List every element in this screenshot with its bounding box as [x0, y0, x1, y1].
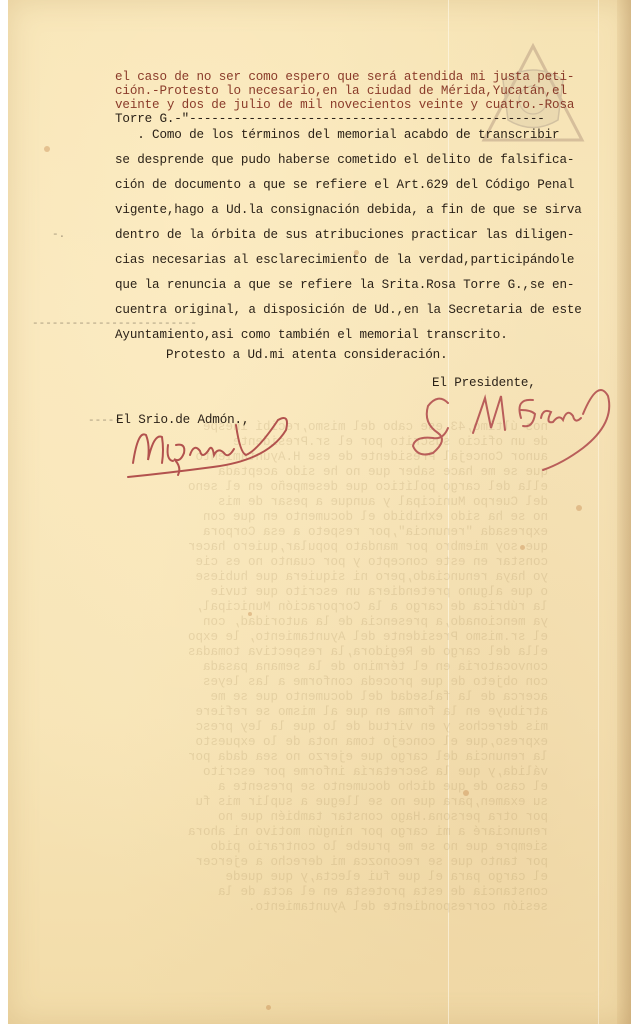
- body-line-3: ción de documento a que se refiere el Ar…: [115, 178, 574, 192]
- margin-dash-rule: -------------------------: [32, 318, 197, 330]
- body-line-1: . Como de los términos del memorial acab…: [115, 128, 559, 142]
- reverse-side-bleed-through: nos último,43 ese cabo del mismo,recibí …: [128, 420, 548, 915]
- closing-formula: Protesto a Ud.mi atenta consideración.: [166, 348, 448, 362]
- foxing-spot: [576, 505, 582, 511]
- foxing-spot: [44, 146, 50, 152]
- memorial-line-2: ción.-Protesto lo necesario,en la ciudad…: [115, 84, 567, 98]
- body-line-9: Ayuntamiento,asi como también el memoria…: [115, 328, 508, 342]
- body-line-2: se desprende que pudo haberse cometido e…: [115, 153, 574, 167]
- president-signature: [393, 368, 618, 478]
- secretary-signature: [118, 405, 298, 480]
- margin-dash: -.: [52, 229, 65, 241]
- body-line-8: cuentra original, a disposición de Ud.,e…: [115, 303, 582, 317]
- body-line-4: vigente,hago a Ud.la consignación debida…: [115, 203, 582, 217]
- consignment-paragraph: . Como de los términos del memorial acab…: [115, 128, 145, 282]
- fold-crease-right: [598, 0, 599, 1024]
- memorial-line-1: el caso de no ser como espero que será a…: [115, 70, 574, 84]
- memorial-line-3: veinte y dos de julio de mil novecientos…: [115, 98, 574, 112]
- body-line-5: dentro de la órbita de sus atribuciones …: [115, 228, 574, 242]
- document-page: nos último,43 ese cabo del mismo,recibí …: [8, 0, 631, 1024]
- foxing-spot: [266, 1005, 271, 1010]
- page-edge-shadow: [617, 0, 631, 1024]
- body-line-7: que la renuncia a que se refiere la Srit…: [115, 278, 574, 292]
- memorial-line-4: Torre G.-"------------------------------…: [115, 112, 545, 126]
- body-line-6: cias necesarias al esclarecimiento de la…: [115, 253, 574, 267]
